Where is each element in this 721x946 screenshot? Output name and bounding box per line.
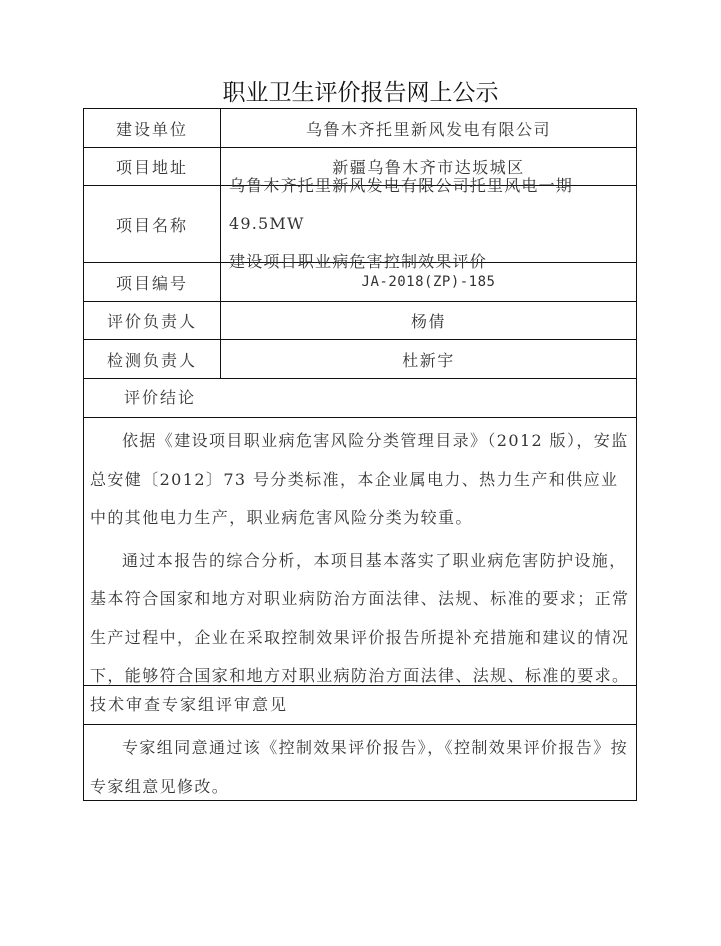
field-value: 乌鲁木齐托里新风发电有限公司托里风电一期 49.5MW 建设项目职业病危害控制效… bbox=[221, 186, 636, 262]
field-label: 项目编号 bbox=[84, 263, 221, 301]
table-row-construction-unit: 建设单位 乌鲁木齐托里新风发电有限公司 bbox=[84, 109, 636, 148]
table-row-evaluation-lead: 评价负责人 杨倩 bbox=[84, 302, 636, 340]
conclusion-heading: 评价结论 bbox=[84, 379, 636, 417]
field-label: 检测负责人 bbox=[84, 340, 221, 378]
table-row-project-number: 项目编号 JA-2018(ZP)-185 bbox=[84, 263, 636, 302]
table-row-testing-lead: 检测负责人 杜新宇 bbox=[84, 340, 636, 379]
conclusion-paragraph: 通过本报告的综合分析，本项目基本落实了职业病危害防护设施，基本符合国家和地方对职… bbox=[84, 542, 636, 700]
conclusion-body: 依据《建设项目职业病危害风险分类管理目录》（2012 版），安监总安健〔2012… bbox=[84, 418, 636, 685]
field-value: JA-2018(ZP)-185 bbox=[221, 263, 636, 301]
expert-review-paragraph: 专家组同意通过该《控制效果评价报告》，《控制效果评价报告》按专家组意见修改。 bbox=[84, 725, 636, 810]
conclusion-heading-row: 评价结论 bbox=[84, 379, 636, 418]
expert-review-body: 专家组同意通过该《控制效果评价报告》，《控制效果评价报告》按专家组意见修改。 bbox=[84, 725, 636, 800]
expert-review-heading-row: 技术审查专家组评审意见 bbox=[84, 686, 636, 725]
conclusion-body-row: 依据《建设项目职业病危害风险分类管理目录》（2012 版），安监总安健〔2012… bbox=[84, 418, 636, 686]
info-table: 建设单位 乌鲁木齐托里新风发电有限公司 项目地址 新疆乌鲁木齐市达坂城区 项目名… bbox=[83, 108, 637, 801]
field-label: 建设单位 bbox=[84, 109, 221, 147]
field-label: 项目名称 bbox=[84, 186, 221, 262]
field-value: 杨倩 bbox=[221, 302, 636, 339]
conclusion-paragraph: 依据《建设项目职业病危害风险分类管理目录》（2012 版），安监总安健〔2012… bbox=[84, 418, 636, 542]
field-label: 项目地址 bbox=[84, 148, 221, 185]
expert-review-body-row: 专家组同意通过该《控制效果评价报告》，《控制效果评价报告》按专家组意见修改。 bbox=[84, 725, 636, 800]
field-label: 评价负责人 bbox=[84, 302, 221, 339]
page-title: 职业卫生评价报告网上公示 bbox=[0, 78, 721, 108]
table-row-project-name: 项目名称 乌鲁木齐托里新风发电有限公司托里风电一期 49.5MW 建设项目职业病… bbox=[84, 186, 636, 263]
expert-review-heading: 技术审查专家组评审意见 bbox=[84, 686, 636, 724]
field-value: 乌鲁木齐托里新风发电有限公司 bbox=[221, 109, 636, 147]
field-value-line: 乌鲁木齐托里新风发电有限公司托里风电一期 49.5MW bbox=[229, 167, 636, 243]
field-value: 杜新宇 bbox=[221, 340, 636, 378]
